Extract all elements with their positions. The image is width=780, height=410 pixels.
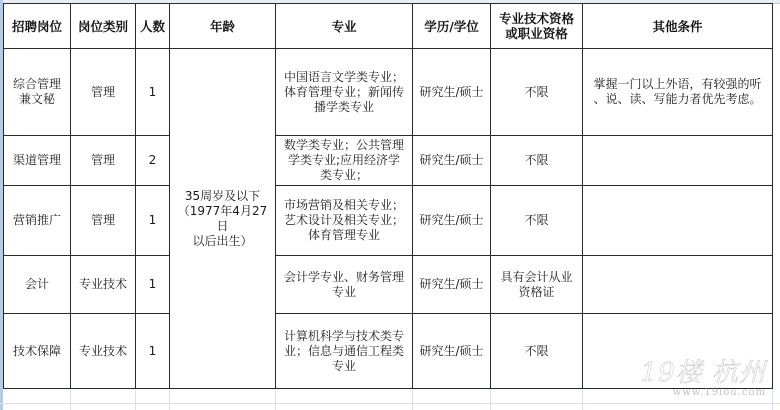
cell-other[interactable] [583,136,773,186]
cell-other[interactable] [583,256,773,314]
cell-other[interactable] [583,186,773,256]
header-count[interactable]: 人数 [136,4,170,49]
spreadsheet-view: 招聘岗位 岗位类别 人数 年龄 专业 学历/学位 专业技术资格 或职业资格 其他… [0,0,780,410]
table-row: 综合管理 兼文秘 管理 1 35周岁及以下 （1977年4月27日 以后出生） … [4,49,773,136]
cell-major[interactable]: 会计学专业、财务管理 专业 [276,256,413,314]
table-row: 渠道管理 管理 2 数学类专业；公共管理 学类专业;应用经济学 类专业； 研究生… [4,136,773,186]
cell-education[interactable]: 研究生/硕士 [413,49,491,136]
header-education[interactable]: 学历/学位 [413,4,491,49]
cell-count[interactable]: 1 [136,49,170,136]
cell-qualification[interactable]: 不限 [491,314,583,389]
cell-major[interactable]: 中国语言文学类专业； 体育管理专业；新闻传 播学类专业 [276,49,413,136]
cell-other[interactable] [583,314,773,389]
header-other[interactable]: 其他条件 [583,4,773,49]
cell-qualification[interactable]: 不限 [491,49,583,136]
gridline [582,388,583,410]
header-qualification[interactable]: 专业技术资格 或职业资格 [491,4,583,49]
cell-qualification[interactable]: 不限 [491,136,583,186]
cell-education[interactable]: 研究生/硕士 [413,136,491,186]
cell-category[interactable]: 管理 [71,186,136,256]
gridline [0,403,780,404]
cell-position[interactable]: 渠道管理 [4,136,71,186]
cell-qualification[interactable]: 不限 [491,186,583,256]
cell-category[interactable]: 管理 [71,136,136,186]
cell-position[interactable]: 技术保障 [4,314,71,389]
table-row: 技术保障 专业技术 1 计算机科学与技术类专 业；信息与通信工程类 专业 研究生… [4,314,773,389]
cell-category[interactable]: 管理 [71,49,136,136]
cell-education[interactable]: 研究生/硕士 [413,314,491,389]
cell-major[interactable]: 市场营销及相关专业； 艺术设计及相关专业； 体育管理专业 [276,186,413,256]
cell-major[interactable]: 数学类专业；公共管理 学类专业;应用经济学 类专业； [276,136,413,186]
cell-age[interactable]: 35周岁及以下 （1977年4月27日 以后出生） [170,49,276,389]
cell-category[interactable]: 专业技术 [71,314,136,389]
cell-position[interactable]: 综合管理 兼文秘 [4,49,71,136]
header-category[interactable]: 岗位类别 [71,4,136,49]
cell-category[interactable]: 专业技术 [71,256,136,314]
cell-qualification[interactable]: 具有会计从业 资格证 [491,256,583,314]
cell-position[interactable]: 营销推广 [4,186,71,256]
gridline [70,388,71,410]
gridline [135,388,136,410]
header-row: 招聘岗位 岗位类别 人数 年龄 专业 学历/学位 专业技术资格 或职业资格 其他… [4,4,773,49]
table-row: 会计 专业技术 1 会计学专业、财务管理 专业 研究生/硕士 具有会计从业 资格… [4,256,773,314]
gridline [412,388,413,410]
gridline [490,388,491,410]
cell-education[interactable]: 研究生/硕士 [413,256,491,314]
cell-count[interactable]: 2 [136,136,170,186]
header-major[interactable]: 专业 [276,4,413,49]
cell-education[interactable]: 研究生/硕士 [413,186,491,256]
cell-count[interactable]: 1 [136,256,170,314]
recruitment-table: 招聘岗位 岗位类别 人数 年龄 专业 学历/学位 专业技术资格 或职业资格 其他… [3,3,773,389]
cell-count[interactable]: 1 [136,314,170,389]
table-row: 营销推广 管理 1 市场营销及相关专业； 艺术设计及相关专业； 体育管理专业 研… [4,186,773,256]
gridline [169,388,170,410]
cell-position[interactable]: 会计 [4,256,71,314]
header-position[interactable]: 招聘岗位 [4,4,71,49]
header-age[interactable]: 年龄 [170,4,276,49]
cell-major[interactable]: 计算机科学与技术类专 业；信息与通信工程类 专业 [276,314,413,389]
cell-count[interactable]: 1 [136,186,170,256]
gridline [275,388,276,410]
cell-other[interactable]: 掌握一门以上外语，有较强的听 、说、读、写能力者优先考虑。 [583,49,773,136]
